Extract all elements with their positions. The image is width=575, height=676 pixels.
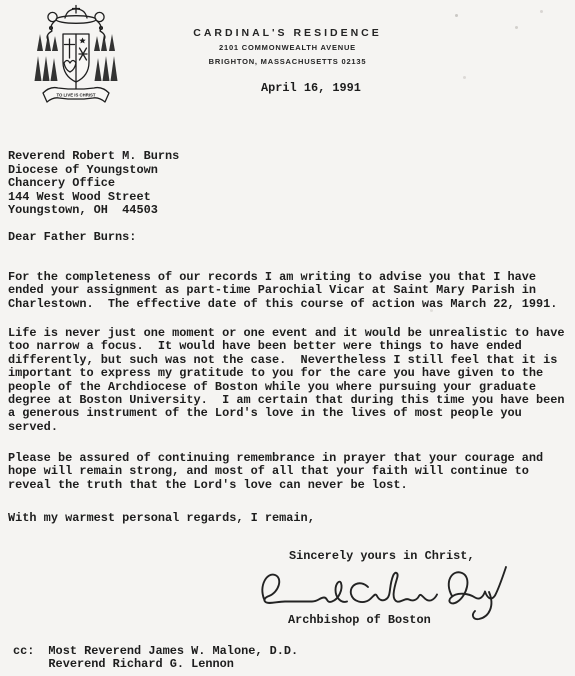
letterhead-address-line2: BRIGHTON, MASSACHUSETTS 02135 <box>0 57 575 66</box>
recipient-address-block: Reverend Robert M. Burns Diocese of Youn… <box>8 150 179 218</box>
salutation: Dear Father Burns: <box>8 231 136 244</box>
cc-label: cc: <box>13 645 34 672</box>
crest-motto-text: TO LIVE IS CHRIST <box>56 93 95 98</box>
cc-block: cc: Most Reverend James W. Malone, D.D. … <box>13 645 298 672</box>
signer-title: Archbishop of Boston <box>288 614 431 627</box>
letterhead-title: CARDINAL'S RESIDENCE <box>0 27 575 39</box>
letterhead-address-line1: 2101 COMMONWEALTH AVENUE <box>0 43 575 52</box>
scanned-letter-page: TO LIVE IS CHRIST CARDINAL'S RESIDENCE 2… <box>0 0 575 676</box>
body-paragraph-3: Please be assured of continuing remembra… <box>8 452 543 492</box>
valediction: Sincerely yours in Christ, <box>289 550 475 563</box>
scan-noise-speckles <box>455 14 458 17</box>
body-paragraph-2: Life is never just one moment or one eve… <box>8 327 565 434</box>
date-line: April 16, 1991 <box>261 82 361 95</box>
body-paragraph-1: For the completeness of our records I am… <box>8 271 557 311</box>
letterhead: CARDINAL'S RESIDENCE 2101 COMMONWEALTH A… <box>0 27 575 66</box>
closing-line: With my warmest personal regards, I rema… <box>8 512 315 525</box>
cc-names: Most Reverend James W. Malone, D.D. Reve… <box>48 645 298 672</box>
